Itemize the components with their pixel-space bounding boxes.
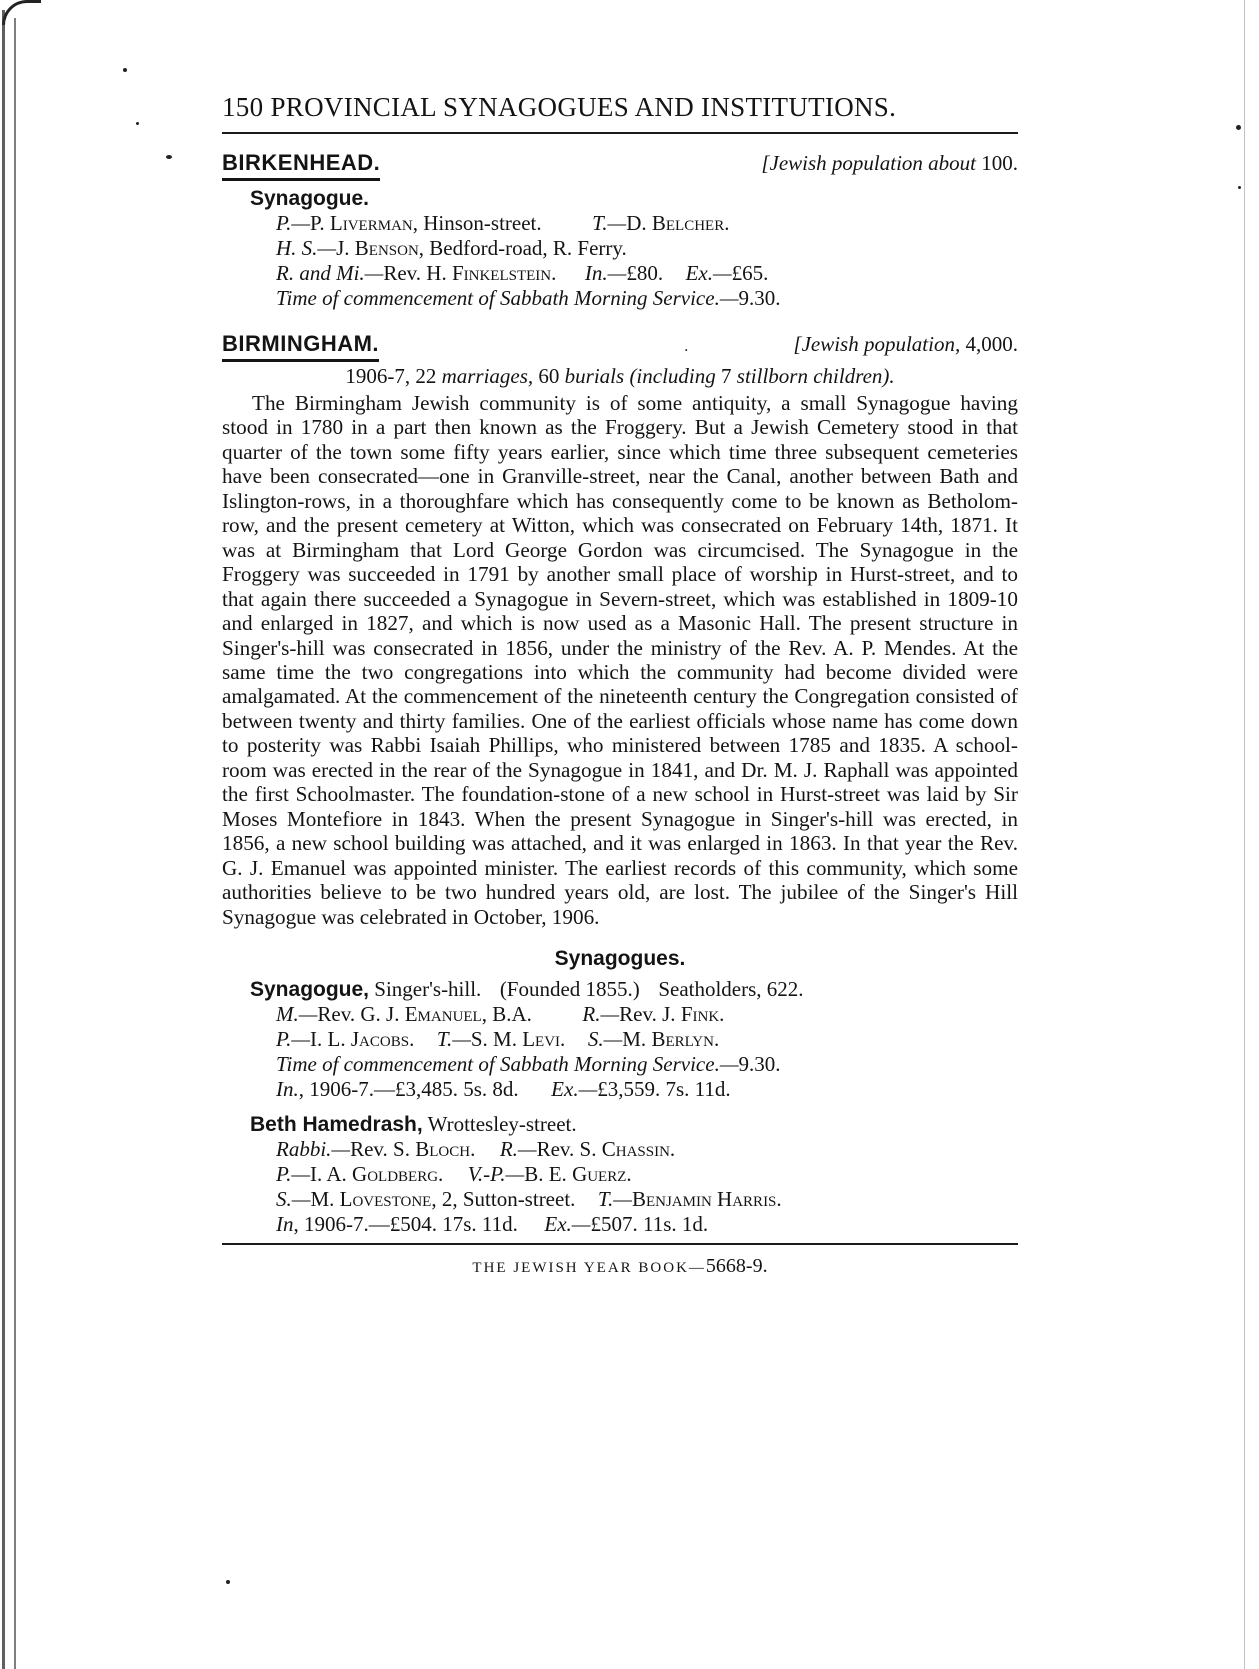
running-footer: THE JEWISH YEAR BOOK—5668-9.: [222, 1255, 1018, 1278]
page: 150 PROVINCIAL SYNAGOGUES AND INSTITUTIO…: [222, 90, 1018, 1278]
service-time-line: Time of commencement of Sabbath Morning …: [222, 1052, 1018, 1077]
birkenhead-heading-row: BIRKENHEAD. [Jewish population about 100…: [222, 150, 1018, 181]
scan-speck: [226, 1580, 230, 1584]
synagogue-subheading: Synagogue.: [222, 187, 1018, 211]
page-number: 150: [222, 92, 263, 122]
synagogues-subheading: Synagogues.: [222, 947, 1018, 971]
officers-line: H. S.—J. Benson, Bedford-road, R. Ferry.: [222, 236, 1018, 261]
service-time-line: Time of commencement of Sabbath Morning …: [222, 286, 1018, 311]
population-birmingham: [Jewish population, 4,000.: [793, 332, 1018, 357]
city-heading-birmingham: BIRMINGHAM.: [222, 331, 379, 362]
scan-speck: [136, 122, 139, 125]
officers-line: S.—M. Lovestone, 2, Sutton-street. T.—Be…: [222, 1187, 1018, 1212]
finance-line: In, 1906-7.—£504. 17s. 11d. Ex.—£507. 11…: [222, 1212, 1018, 1237]
scan-speck: [166, 155, 172, 159]
scan-speck: [1238, 186, 1241, 189]
officers-line: P.—P. Liverman, Hinson-street. T.—D. Bel…: [222, 211, 1018, 236]
vital-statistics: 1906-7, 22 marriages, 60 burials (includ…: [222, 364, 1018, 389]
birmingham-heading-row: BIRMINGHAM. . [Jewish population, 4,000.: [222, 331, 1018, 362]
singers-hill-entry-heading: Synagogue, Singer's-hill. (Founded 1855.…: [222, 977, 1018, 1002]
page-edge-corner: [2, 0, 41, 25]
officers-line: Rabbi.—Rev. S. Bloch. R.—Rev. S. Chassin…: [222, 1137, 1018, 1162]
officers-line: P.—I. L. Jacobs. T.—S. M. Levi. S.—M. Be…: [222, 1027, 1018, 1052]
page-edge-left: [2, 10, 5, 1669]
footer-rule: [222, 1243, 1018, 1245]
running-header: 150 PROVINCIAL SYNAGOGUES AND INSTITUTIO…: [222, 90, 1018, 124]
officers-line: R. and Mi.—Rev. H. Finkelstein. In.—£80.…: [222, 261, 1018, 286]
beth-hamedrash-entry-heading: Beth Hamedrash, Wrottesley-street.: [222, 1112, 1018, 1137]
officers-line: P.—I. A. Goldberg. V.-P.—B. E. Guerz.: [222, 1162, 1018, 1187]
scan-speck: [1236, 125, 1241, 130]
officers-line: M.—Rev. G. J. Emanuel, B.A. R.—Rev. J. F…: [222, 1002, 1018, 1027]
header-rule: [222, 132, 1018, 134]
page-edge-left-inner: [14, 18, 16, 1669]
finance-line: In., 1906-7.—£3,485. 5s. 8d. Ex.—£3,559.…: [222, 1077, 1018, 1102]
population-birkenhead: [Jewish population about 100.: [761, 151, 1018, 176]
page-edge-right: [1244, 0, 1245, 1669]
page-title: PROVINCIAL SYNAGOGUES AND INSTITUTIONS.: [270, 92, 896, 122]
scan-speck: [123, 68, 127, 72]
city-heading-birkenhead: BIRKENHEAD.: [222, 150, 380, 181]
history-paragraph: The Birmingham Jewish community is of so…: [222, 391, 1018, 929]
